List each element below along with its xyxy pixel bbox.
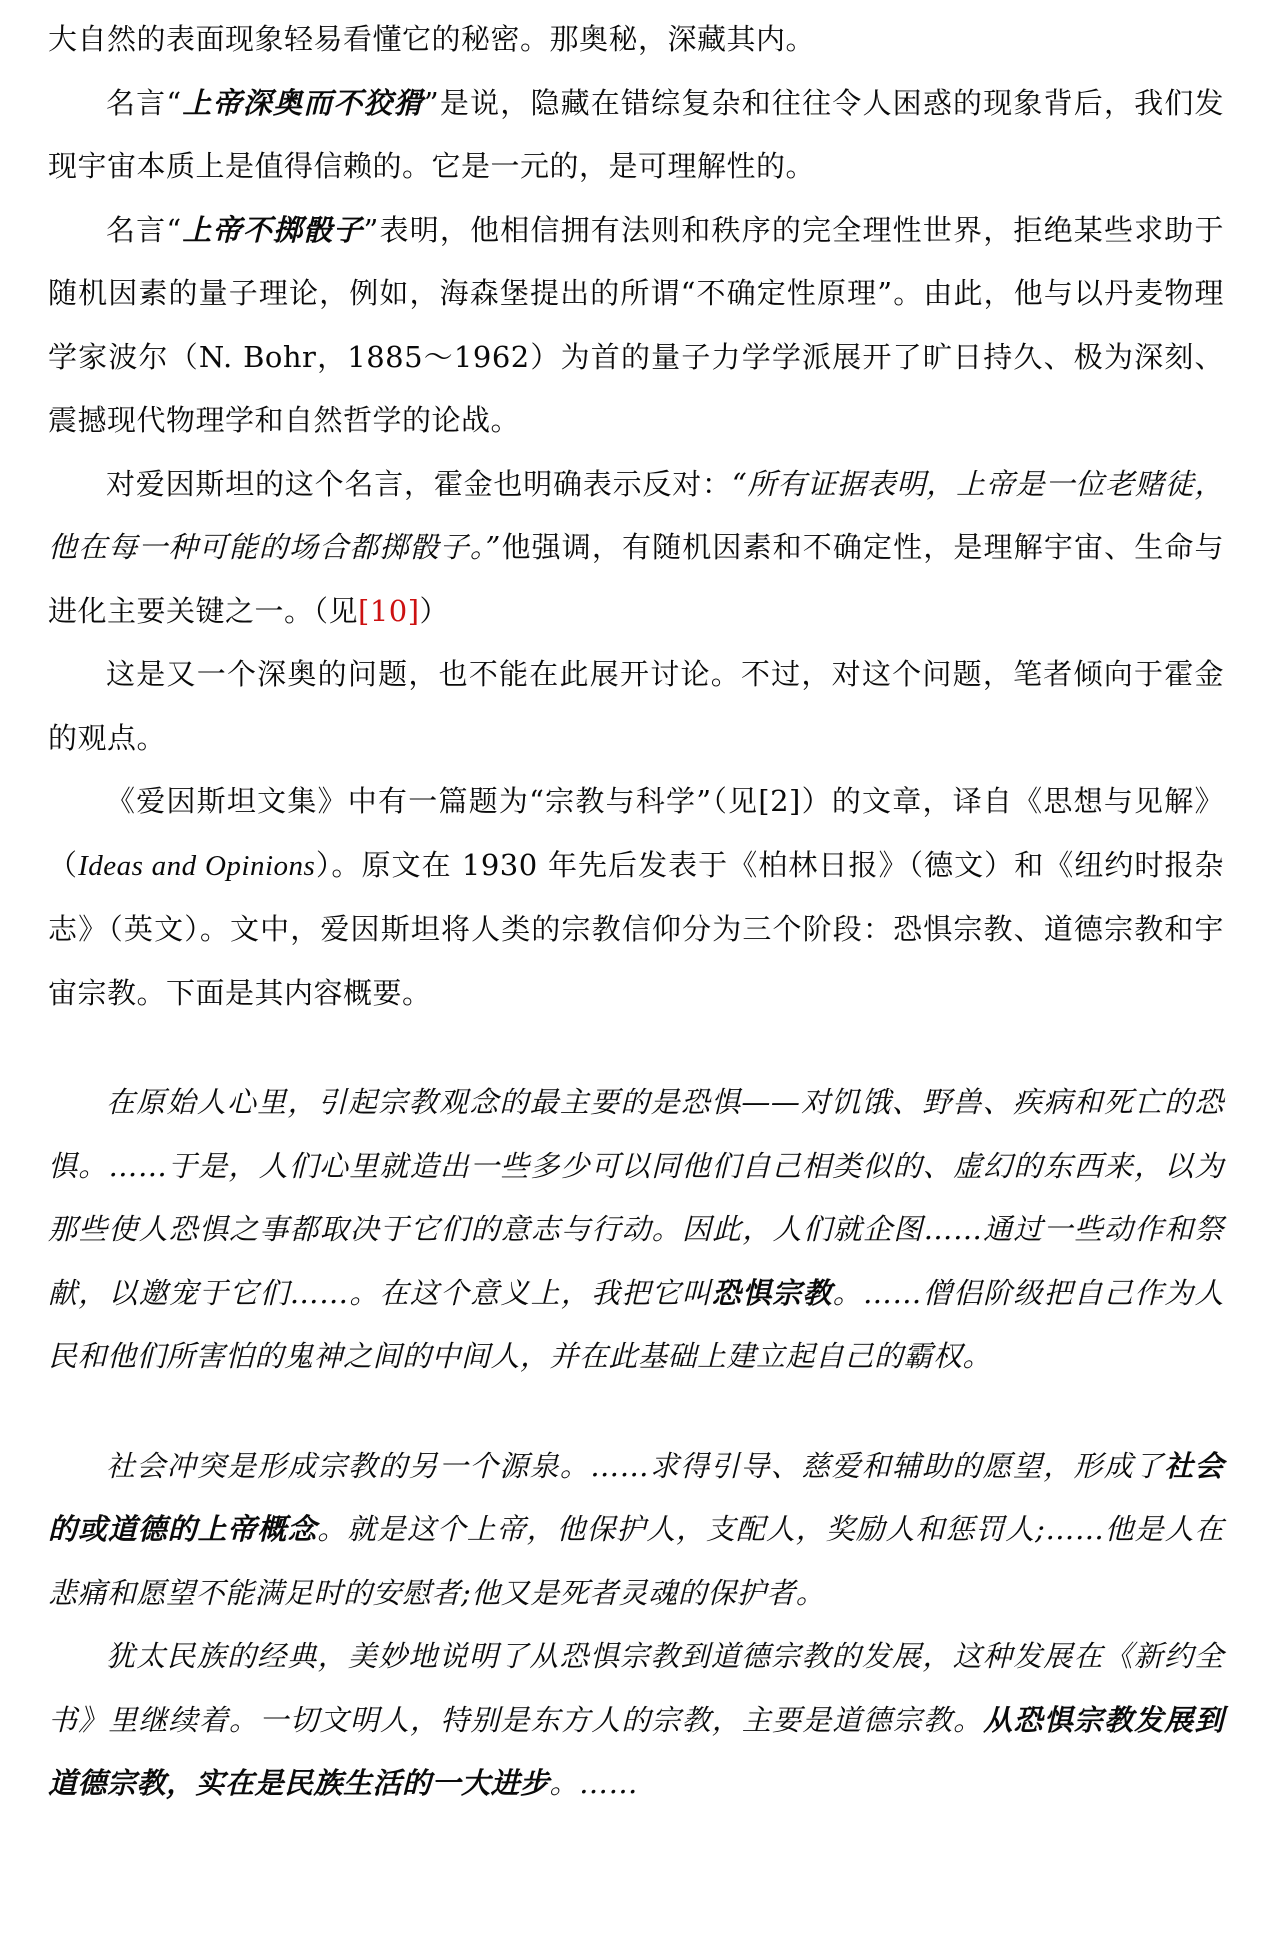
bold-term-fear-religion: 恐惧宗教 (712, 1276, 833, 1310)
document-body: 大自然的表面现象轻易看懂它的秘密。那奥秘，深藏其内。名言“上帝深奥而不狡猾”是说… (48, 8, 1224, 1816)
paragraph-4-run-5: ） (420, 594, 450, 628)
paragraph-3: 名言“上帝不掷骰子”表明，他相信拥有法则和秩序的完全理性世界，拒绝某些求助于随机… (48, 199, 1224, 453)
paragraph-9-run-3: 。…… (550, 1766, 639, 1800)
paragraph-1: 大自然的表面现象轻易看懂它的秘密。那奥秘，深藏其内。 (48, 8, 1224, 72)
paragraph-4: 对爱因斯坦的这个名言，霍金也明确表示反对：“所有证据表明，上帝是一位老赌徒，他在… (48, 453, 1224, 644)
paragraph-5-run-1: 这是又一个深奥的问题，也不能在此展开讨论。不过，对这个问题，笔者倾向于霍金的观点… (48, 657, 1224, 755)
document-page: 大自然的表面现象轻易看懂它的秘密。那奥秘，深藏其内。名言“上帝深奥而不狡猾”是说… (0, 0, 1268, 1940)
bold-quote-god-subtle: 上帝深奥而不狡猾 (182, 86, 424, 120)
paragraph-4-run-1: 对爱因斯坦的这个名言，霍金也明确表示反对： (106, 467, 732, 501)
paragraph-8-run-1: 社会冲突是形成宗教的另一个源泉。……求得引导、慈爱和辅助的愿望，形成了 (106, 1449, 1164, 1483)
paragraph-6-run-1: 《爱因斯坦文集》中有一篇题为“宗教与科学”（见 (106, 784, 758, 818)
paragraph-1-run-1: 大自然的表面现象轻易看懂它的秘密。那奥秘，深藏其内。 (48, 22, 815, 56)
paragraph-2-run-1: 名言“ (106, 86, 182, 120)
english-book-title: Ideas and Opinions (78, 850, 315, 882)
bold-quote-god-dice: 上帝不掷骰子 (182, 213, 364, 247)
paragraph-2: 名言“上帝深奥而不狡猾”是说，隐藏在错综复杂和往往令人困惑的现象背后，我们发现宇… (48, 72, 1224, 199)
paragraph-3-run-1: 名言“ (106, 213, 182, 247)
paragraph-9: 犹太民族的经典，美妙地说明了从恐惧宗教到道德宗教的发展，这种发展在《新约全书》里… (48, 1625, 1224, 1816)
paragraph-5: 这是又一个深奥的问题，也不能在此展开讨论。不过，对这个问题，笔者倾向于霍金的观点… (48, 643, 1224, 770)
citation-ref-10: [10] (358, 594, 420, 628)
citation-ref-2: [2] (758, 784, 801, 818)
paragraph-7: 在原始人心里，引起宗教观念的最主要的是恐惧——对饥饿、野兽、疾病和死亡的恐惧。…… (48, 1071, 1224, 1389)
paragraph-6: 《爱因斯坦文集》中有一篇题为“宗教与科学”（见[2]）的文章，译自《思想与见解》… (48, 770, 1224, 1025)
paragraph-8: 社会冲突是形成宗教的另一个源泉。……求得引导、慈爱和辅助的愿望，形成了社会的或道… (48, 1435, 1224, 1626)
